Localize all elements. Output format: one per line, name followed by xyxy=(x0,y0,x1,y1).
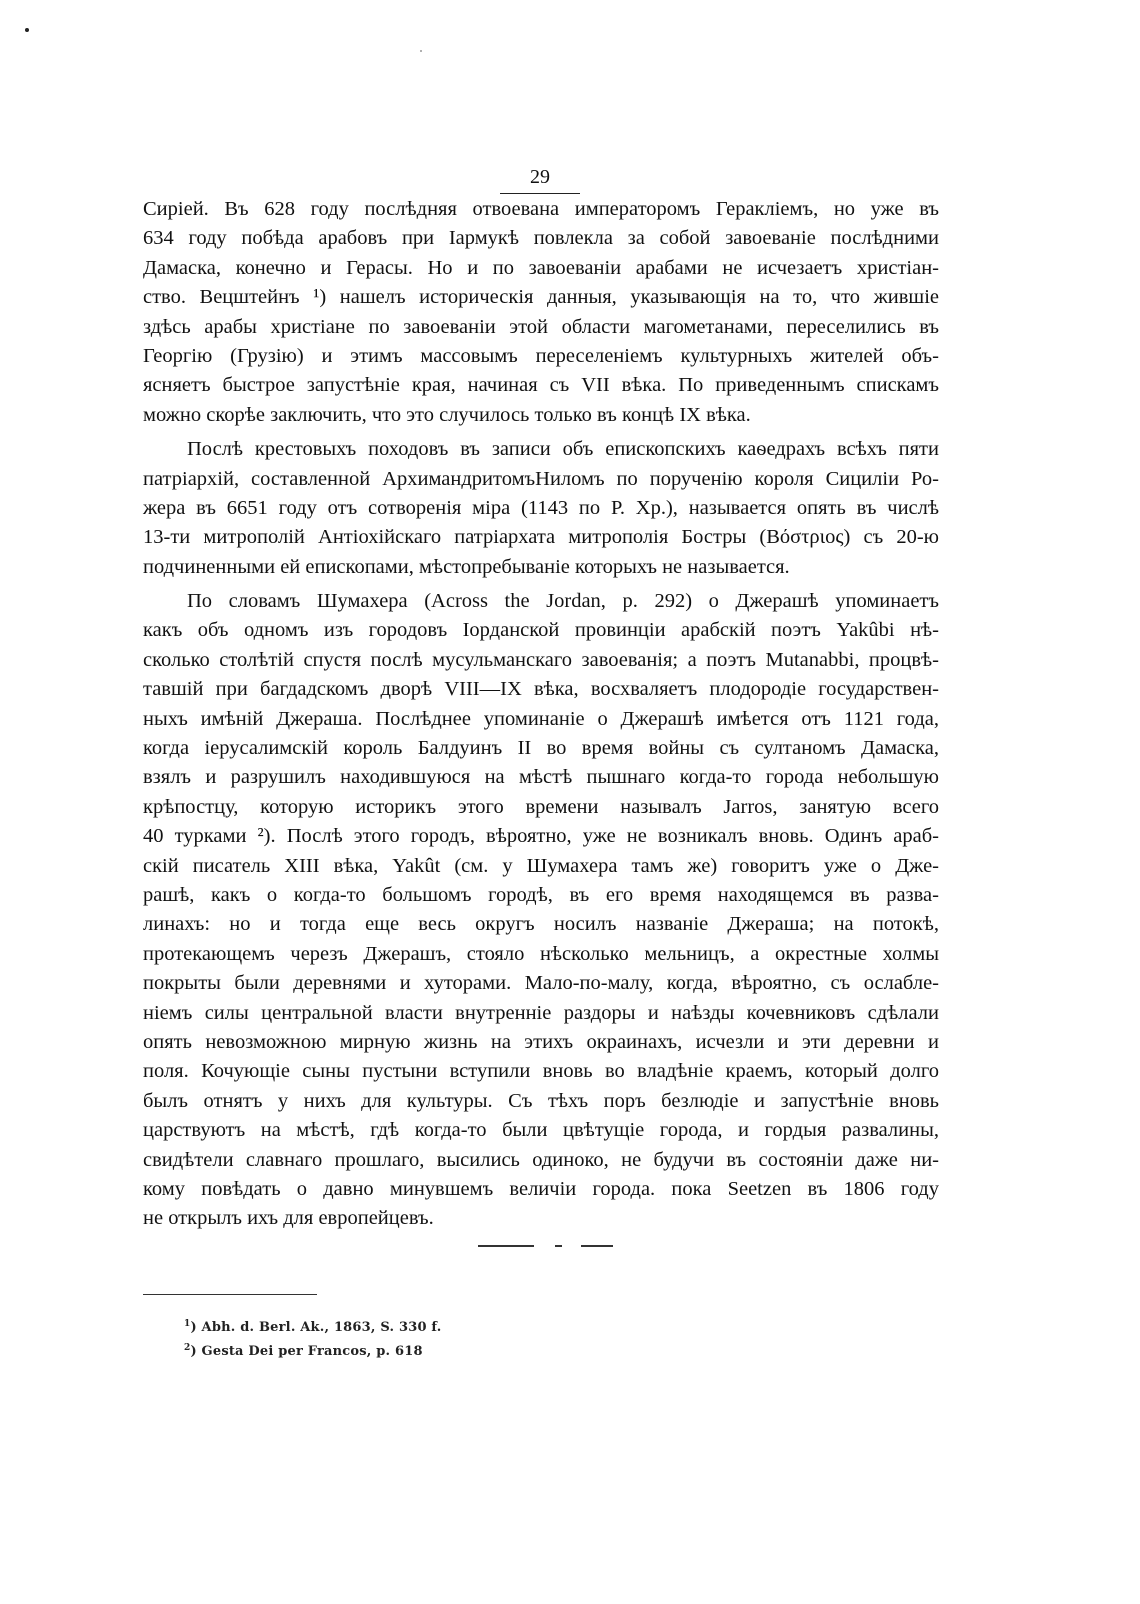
text-line: ніемъ силы центральной власти внутренніе… xyxy=(143,999,939,1028)
text-line: какъ объ одномъ изъ городовъ Іорданской … xyxy=(143,616,939,645)
text-line: здѣсь арабы христіане по завоеваніи этой… xyxy=(143,313,939,342)
text-line: сколько столѣтій спустя послѣ мусульманс… xyxy=(143,646,939,675)
text-line: Послѣ крестовыхъ походовъ въ записи объ … xyxy=(143,435,939,464)
text-line: линахъ: но и тогда еще весь округъ носил… xyxy=(143,910,939,939)
text-line: По словамъ Шумахера (Across the Jordan, … xyxy=(143,587,939,616)
text-line: скій писатель XIII вѣка, Yakût (см. у Шу… xyxy=(143,852,939,881)
page-number: 29 xyxy=(505,166,575,188)
body-text: Сиріей. Въ 628 году послѣдняя отвоевана … xyxy=(143,195,939,1234)
paragraph: Сиріей. Въ 628 году послѣдняя отвоевана … xyxy=(143,195,939,430)
page-number-rule xyxy=(500,193,580,194)
text-line: 634 году побѣда арабовъ при Іармукѣ повл… xyxy=(143,224,939,253)
text-line: Дамаска, конечно и Герасы. Но и по завое… xyxy=(143,254,939,283)
text-line: 13-ти митрополій Антіохійскаго патріарха… xyxy=(143,523,939,552)
footnotes: 1) Abh. d. Berl. Ak., 1863, S. 330 f. 2)… xyxy=(184,1314,441,1362)
end-ornament xyxy=(478,1245,658,1247)
text-line: ясняетъ быстрое запустѣніе края, начиная… xyxy=(143,371,939,400)
text-line: поля. Кочующіе сыны пустыни вступили вно… xyxy=(143,1057,939,1086)
text-line: кому повѣдать о давно минувшемъ величіи … xyxy=(143,1175,939,1204)
paragraph: Послѣ крестовыхъ походовъ въ записи объ … xyxy=(143,435,939,582)
footnote: 2) Gesta Dei per Francos, p. 618 xyxy=(184,1338,441,1362)
text-line: опять невозможною мирную жизнь на этихъ … xyxy=(143,1028,939,1057)
text-line: подчиненными ей епископами, мѣстопребыва… xyxy=(143,553,939,582)
text-line: Сиріей. Въ 628 году послѣдняя отвоевана … xyxy=(143,195,939,224)
text-line: патріархій, составленной АрхимандритомъН… xyxy=(143,465,939,494)
text-line: 40 турками ²). Послѣ этого городъ, вѣроя… xyxy=(143,822,939,851)
text-line: когда іерусалимскій король Балдуинъ II в… xyxy=(143,734,939,763)
text-line: тавшій при багдадскомъ дворѣ VIII—IX вѣк… xyxy=(143,675,939,704)
text-line: ныхъ имѣній Джераша. Послѣднее упоминані… xyxy=(143,705,939,734)
text-line: покрыты были деревнями и хуторами. Мало-… xyxy=(143,969,939,998)
text-line: былъ отнятъ у нихъ для культуры. Съ тѣхъ… xyxy=(143,1087,939,1116)
text-line: Георгію (Грузію) и этимъ массовымъ перес… xyxy=(143,342,939,371)
text-line: крѣпостцу, которую историкъ этого времен… xyxy=(143,793,939,822)
text-line: царствуютъ на мѣстѣ, гдѣ когда-то были ц… xyxy=(143,1116,939,1145)
scan-speck xyxy=(25,28,29,32)
text-line: не открылъ ихъ для европейцевъ. xyxy=(143,1204,939,1233)
scan-speck xyxy=(420,50,422,52)
footnote-rule xyxy=(143,1294,317,1295)
text-line: ство. Вецштейнъ ¹) нашелъ историческія д… xyxy=(143,283,939,312)
text-line: свидѣтели славнаго прошлаго, высились од… xyxy=(143,1146,939,1175)
footnote: 1) Abh. d. Berl. Ak., 1863, S. 330 f. xyxy=(184,1314,441,1338)
text-line: можно скорѣе заключить, что это случилос… xyxy=(143,401,939,430)
paragraph: По словамъ Шумахера (Across the Jordan, … xyxy=(143,587,939,1234)
text-line: рашѣ, какъ о когда-то большомъ городѣ, в… xyxy=(143,881,939,910)
text-line: жера въ 6651 году отъ сотворенія міра (1… xyxy=(143,494,939,523)
text-line: взялъ и разрушилъ находившуюся на мѣстѣ … xyxy=(143,763,939,792)
text-line: протекающемъ черезъ Джерашъ, стояло нѣск… xyxy=(143,940,939,969)
